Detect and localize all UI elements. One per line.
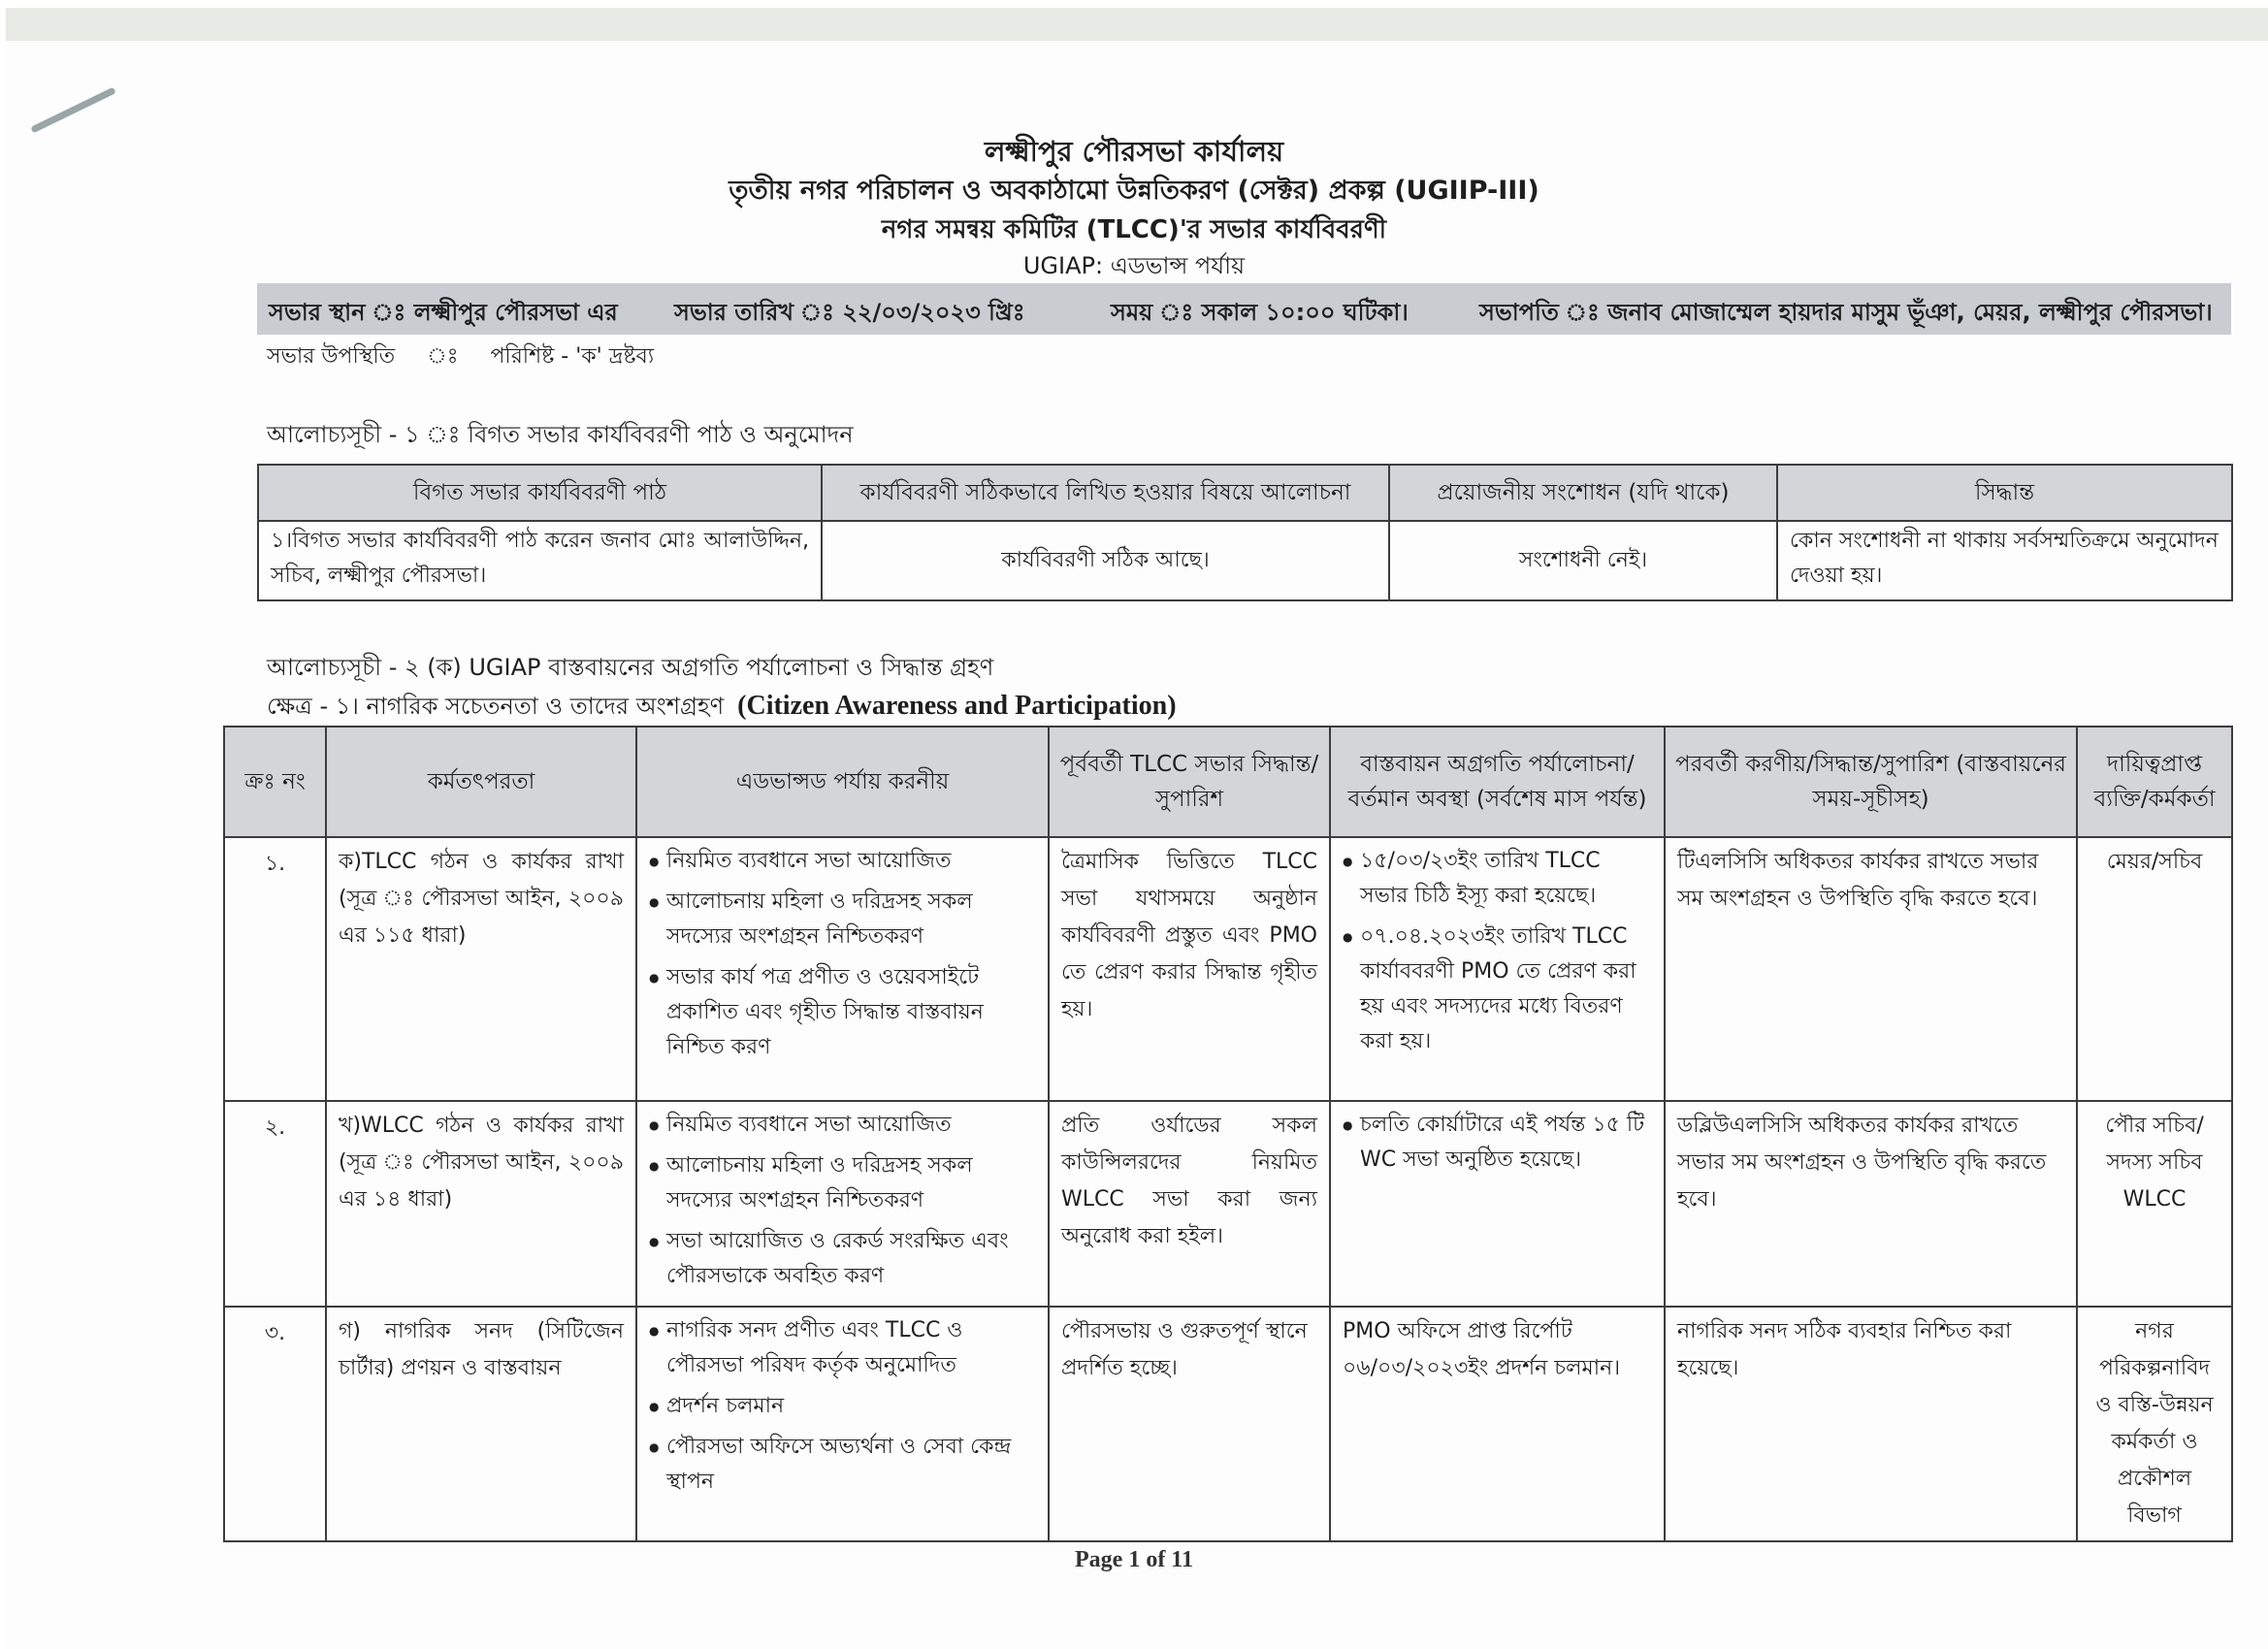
prev-decision-cell: পৌরসভায় ও গুরুতপূর্ণ স্থানে প্রদর্শিত হ… xyxy=(1049,1307,1330,1541)
meeting-time: সময় ঃ সকাল ১০:০০ ঘটিকা। xyxy=(1111,295,1409,334)
sector-title: ক্ষেত্র - ১। নাগরিক সচেতনতা ও তাদের অংশগ… xyxy=(267,689,1177,727)
row-number: ৩. xyxy=(224,1307,326,1541)
todo-item: নিয়মিত ব্যবধানে সভা আয়োজিত xyxy=(649,1108,1036,1143)
responsible-cell: পৌর সচিব/সদস্য সচিব WLCC xyxy=(2077,1101,2232,1307)
minutes-title: নগর সমন্বয় কমিটির (TLCC)'র সভার কার্যবি… xyxy=(0,210,2268,252)
column-header: কর্মতৎপরতা xyxy=(326,727,636,837)
column-header: সিদ্ধান্ত xyxy=(1777,465,2232,521)
column-header: বাস্তবায়ন অগ্রগতি পর্যালোচনা/ বর্তমান অ… xyxy=(1330,727,1665,837)
column-header: পরবর্তী করণীয়/সিদ্ধান্ত/সুপারিশ (বাস্তব… xyxy=(1665,727,2077,837)
column-header: দায়িত্বপ্রাপ্ত ব্যক্তি/কর্মকর্তা xyxy=(2077,727,2232,837)
table-header-row: ক্রঃ নং কর্মতৎপরতা এডভান্সড পর্যায় করনী… xyxy=(224,727,2232,837)
todo-item: প্রদর্শন চলমান xyxy=(649,1389,1036,1424)
progress-cell: চলতি কোর্য়াটারে এই পর্যন্ত ১৫ টি WC সভা… xyxy=(1330,1101,1665,1307)
responsible-cell: নগর পরিকল্পনাবিদ ও বস্তি-উন্নয়ন কর্মকর্… xyxy=(2077,1307,2232,1541)
table-row: ৩. গ) নাগরিক সনদ (সিটিজেন চার্টার) প্রণয… xyxy=(224,1307,2232,1541)
amendment-cell: সংশোধনী নেই। xyxy=(1389,521,1777,600)
column-header: পূর্ববর্তী TLCC সভার সিদ্ধান্ত/সুপারিশ xyxy=(1049,727,1330,837)
minutes-reading-cell: ১।বিগত সভার কার্যবিবরণী পাঠ করেন জনাব মো… xyxy=(258,521,822,600)
page-number: Page 1 of 11 xyxy=(0,1547,2268,1573)
column-header: এডভান্সড পর্যায় করনীয় xyxy=(636,727,1049,837)
project-title: তৃতীয় নগর পরিচালন ও অবকাঠামো উন্নতিকরণ … xyxy=(0,171,2268,214)
todo-item: পৌরসভা অফিসে অভ্যর্থনা ও সেবা কেন্দ্র স্… xyxy=(649,1430,1036,1500)
todo-cell: নিয়মিত ব্যবধানে সভা আয়োজিত আলোচনায় মহ… xyxy=(636,837,1049,1101)
todo-item: আলোচনায় মহিলা ও দরিদ্রসহ সকল সদস্যের অং… xyxy=(649,885,1036,954)
attendance-label: সভার উপস্থিতি xyxy=(267,344,395,369)
meeting-info-bar: সভার স্থান ঃ লক্ষ্মীপুর পৌরসভা এর সভার ত… xyxy=(257,283,2231,335)
progress-item: ০৭.০৪.২০২৩ইং তারিখ TLCC কার্যাববরণী PMO … xyxy=(1343,920,1652,1059)
column-header: প্রয়োজনীয় সংশোধন (যদি থাকে) xyxy=(1389,465,1777,521)
table-header-row: বিগত সভার কার্যবিবরণী পাঠ কার্যবিবরণী সঠ… xyxy=(258,465,2232,521)
agenda-2-title: আলোচ্যসূচী - ২ (ক) UGIAP বাস্তবায়নের অগ… xyxy=(267,650,993,689)
prev-decision-cell: ত্রৈমাসিক ভিত্তিতে TLCC সভা যথাসময়ে অনু… xyxy=(1049,837,1330,1101)
row-number: ১. xyxy=(224,837,326,1101)
next-action-cell: নাগরিক সনদ সঠিক ব্যবহার নিশ্চিত করা হয়ে… xyxy=(1665,1307,2077,1541)
phase-title: UGIAP: এডভান্স পর্যায় xyxy=(0,248,2268,287)
column-header: ক্রঃ নং xyxy=(224,727,326,837)
activity-cell: খ)WLCC গঠন ও কার্যকর রাখা (সূত্র ঃ পৌরসভ… xyxy=(326,1101,636,1307)
todo-item: নিয়মিত ব্যবধানে সভা আয়োজিত xyxy=(649,844,1036,879)
todo-item: আলোচনায় মহিলা ও দরিদ্রসহ সকল সদস্যের অং… xyxy=(649,1148,1036,1218)
row-number: ২. xyxy=(224,1101,326,1307)
todo-cell: নাগরিক সনদ প্রণীত এবং TLCC ও পৌরসভা পরিষ… xyxy=(636,1307,1049,1541)
discussion-cell: কার্যবিবরণী সঠিক আছে। xyxy=(822,521,1389,600)
agenda-1-title: আলোচ্যসূচী - ১ ঃ বিগত সভার কার্যবিবরণী প… xyxy=(267,417,854,456)
progress-item: চলতি কোর্য়াটারে এই পর্যন্ত ১৫ টি WC সভা… xyxy=(1343,1108,1652,1178)
column-header: বিগত সভার কার্যবিবরণী পাঠ xyxy=(258,465,822,521)
todo-item: নাগরিক সনদ প্রণীত এবং TLCC ও পৌরসভা পরিষ… xyxy=(649,1313,1036,1383)
activity-cell: গ) নাগরিক সনদ (সিটিজেন চার্টার) প্রণয়ন … xyxy=(326,1307,636,1541)
sector-title-en: (Citizen Awareness and Participation) xyxy=(737,691,1176,721)
prev-decision-cell: প্রতি ওর্যাডের সকল কাউন্সিলরদের নিয়মিত … xyxy=(1049,1101,1330,1307)
next-action-cell: টিএলসিসি অধিকতর কার্যকর রাখতে সভার সম অং… xyxy=(1665,837,2077,1101)
sector-title-bn: ক্ষেত্র - ১। নাগরিক সচেতনতা ও তাদের অংশগ… xyxy=(267,693,724,720)
activity-cell: ক)TLCC গঠন ও কার্যকর রাখা (সূত্র ঃ পৌরসভ… xyxy=(326,837,636,1101)
attendance-value: পরিশিষ্ট - 'ক' দ্রষ্টব্য xyxy=(490,344,654,369)
ugiap-progress-table: ক্রঃ নং কর্মতৎপরতা এডভান্সড পর্যায় করনী… xyxy=(223,726,2233,1542)
attendance-separator: ঃ xyxy=(427,344,458,369)
responsible-cell: মেয়র/সচিব xyxy=(2077,837,2232,1101)
column-header: কার্যবিবরণী সঠিকভাবে লিখিত হওয়ার বিষয়ে… xyxy=(822,465,1389,521)
progress-cell: ১৫/০৩/২৩ইং তারিখ TLCC সভার চিঠি ইস্যূ কর… xyxy=(1330,837,1665,1101)
todo-item: সভার কার্য পত্র প্রণীত ও ওয়েবসাইটে প্রক… xyxy=(649,960,1036,1065)
progress-item: ১৫/০৩/২৩ইং তারিখ TLCC সভার চিঠি ইস্যূ কর… xyxy=(1343,844,1652,914)
progress-cell: PMO অফিসে প্রাপ্ত রির্পোট ০৬/০৩/২০২৩ইং প… xyxy=(1330,1307,1665,1541)
agenda-1-table: বিগত সভার কার্যবিবরণী পাঠ কার্যবিবরণী সঠ… xyxy=(257,464,2233,601)
table-row: ২. খ)WLCC গঠন ও কার্যকর রাখা (সূত্র ঃ পৌ… xyxy=(224,1101,2232,1307)
table-row: ১।বিগত সভার কার্যবিবরণী পাঠ করেন জনাব মো… xyxy=(258,521,2232,600)
meeting-date: সভার তারিখ ঃ ২২/০৩/২০২৩ খ্রিঃ xyxy=(674,295,1025,334)
table-row: ১. ক)TLCC গঠন ও কার্যকর রাখা (সূত্র ঃ পৌ… xyxy=(224,837,2232,1101)
todo-item: সভা আয়োজিত ও রেকর্ড সংরক্ষিত এবং পৌরসভা… xyxy=(649,1224,1036,1294)
meeting-venue: সভার স্থান ঃ লক্ষ্মীপুর পৌরসভা এর xyxy=(269,295,618,334)
next-action-cell: ডব্লিউএলসিসি অধিকতর কার্যকর রাখতে সভার স… xyxy=(1665,1101,2077,1307)
todo-cell: নিয়মিত ব্যবধানে সভা আয়োজিত আলোচনায় মহ… xyxy=(636,1101,1049,1307)
meeting-chair: সভাপতি ঃ জনাব মোজাম্মেল হায়দার মাসুম ভূ… xyxy=(1479,295,2213,334)
attendance-line: সভার উপস্থিতি ঃ পরিশিষ্ট - 'ক' দ্রষ্টব্য xyxy=(267,339,654,375)
scan-top-band xyxy=(6,8,2268,41)
decision-cell: কোন সংশোধনী না থাকায় সর্বসম্মতিক্রমে অন… xyxy=(1777,521,2232,600)
